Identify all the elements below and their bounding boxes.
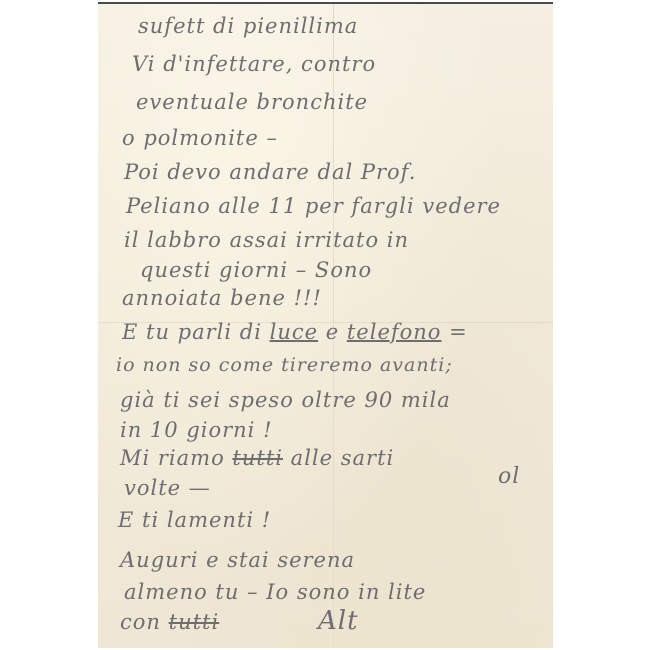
letter-line-10-start: E tu parli di	[122, 320, 262, 344]
letter-line-1: sufett di pienillima	[138, 16, 358, 37]
letter-line-13: in 10 giorni !	[120, 420, 273, 441]
signature: Alt	[318, 608, 359, 634]
letter-line-17: Auguri e stai serena	[120, 550, 355, 571]
letter-line-14-start: Mi riamo	[120, 446, 225, 470]
letter-line-18: almeno tu – Io sono in lite	[124, 582, 426, 603]
letter-line-8: questi giorni – Sono	[140, 260, 372, 281]
letter-line-10-tail: =	[449, 320, 468, 344]
letter-line-16: E ti lamenti !	[118, 510, 271, 531]
letter-line-7: il labbro assai irritato in	[124, 230, 409, 251]
letter-line-5: Poi devo andare dal Prof.	[124, 162, 416, 183]
letter-line-12: già ti sei speso oltre 90 mila	[120, 390, 451, 411]
letter-line-19-start: con	[120, 610, 161, 634]
letter-line-14: Mi riamo tutti alle sarti	[120, 448, 394, 469]
letter-line-3: eventuale bronchite	[136, 92, 368, 113]
struck-word: tutti	[232, 446, 283, 470]
letter-line-9: annoiata bene !!!	[122, 288, 322, 309]
letter-line-2: Vi d'infettare, contro	[132, 54, 376, 75]
letter-line-14-tail: alle sarti	[291, 446, 395, 470]
letter-line-15: volte —	[124, 478, 211, 499]
letter-line-10-mid: e	[326, 320, 339, 344]
margin-note: ol	[498, 466, 520, 488]
underlined-word-telefono: telefono	[347, 320, 442, 344]
letter-line-4: o polmonite –	[122, 128, 278, 149]
letter-line-10: E tu parli di luce e telefono =	[122, 322, 468, 343]
underlined-word-luce: luce	[270, 320, 318, 344]
letter-line-19: con tutti	[120, 612, 219, 633]
letter-line-11: io non so come tireremo avanti;	[116, 356, 453, 375]
scan-background: sufett di pienillima Vi d'infettare, con…	[0, 0, 650, 650]
letter-line-6: Peliano alle 11 per fargli vedere	[126, 196, 501, 217]
letter-page: sufett di pienillima Vi d'infettare, con…	[98, 2, 553, 648]
struck-word-tutti: tutti	[169, 610, 220, 634]
